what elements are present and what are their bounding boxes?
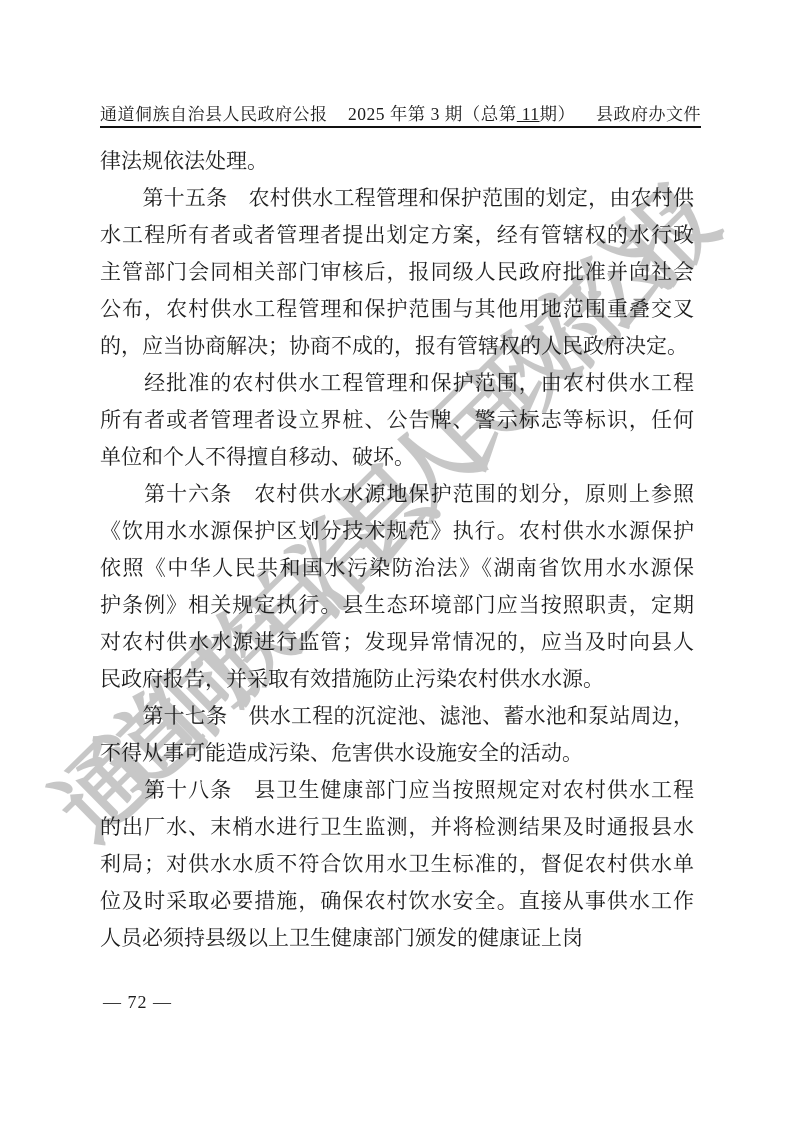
- header-issue-suffix: 期）: [540, 104, 576, 124]
- body-text-line: 第十八条 县卫生健康部门应当按照规定对农村供水工程: [100, 772, 694, 809]
- header-issue-prefix: 2025 年第 3 期（总第: [348, 104, 517, 124]
- document-body: 律法规依法处理。 第十五条 农村供水工程管理和保护范围的划定，由农村供水工程所有…: [100, 143, 694, 957]
- body-text-line: 依照《中华人民共和国水污染防治法》《湖南省饮用水水源保: [100, 550, 694, 587]
- header-gazette-title: 通道侗族自治县人民政府公报: [100, 100, 328, 125]
- body-text-line: 利局；对供水水质不符合饮用水卫生标准的，督促农村供水单: [100, 846, 694, 883]
- body-text-line: 所有者或者管理者设立界桩、公告牌、警示标志等标识，任何: [100, 402, 694, 439]
- body-text-line: 位及时采取必要措施，确保农村饮水安全。直接从事供水工作: [100, 883, 694, 920]
- body-text-line: 对农村供水水源进行监管；发现异常情况的，应当及时向县人: [100, 624, 694, 661]
- page-footer: — 72 —: [103, 992, 172, 1013]
- body-text-line: 律法规依法处理。: [100, 143, 694, 180]
- body-text-line: 的出厂水、末梢水进行卫生监测，并将检测结果及时通报县水: [100, 809, 694, 846]
- body-text-line: 护条例》相关规定执行。县生态环境部门应当按照职责，定期: [100, 587, 694, 624]
- body-text-line: 公布，农村供水工程管理和保护范围与其他用地范围重叠交叉: [100, 291, 694, 328]
- header-issue-info: 2025 年第 3 期（总第 11期）: [348, 101, 576, 126]
- header-issue-number: 11: [517, 104, 540, 124]
- body-text-line: 《饮用水水源保护区划分技术规范》执行。农村供水水源保护: [100, 513, 694, 550]
- body-text-line: 第十六条 农村供水水源地保护范围的划分，原则上参照: [100, 476, 694, 513]
- body-text-line: 人员必须持县级以上卫生健康部门颁发的健康证上岗: [100, 920, 694, 957]
- body-text-line: 主管部门会同相关部门审核后，报同级人民政府批准并向社会: [100, 254, 694, 291]
- header-rule: [100, 126, 701, 128]
- body-text-line: 第十五条 农村供水工程管理和保护范围的划定，由农村供: [100, 180, 694, 217]
- body-text-line: 水工程所有者或者管理者提出划定方案，经有管辖权的水行政: [100, 217, 694, 254]
- body-text-line: 不得从事可能造成污染、危害供水设施安全的活动。: [100, 735, 694, 772]
- gazette-page: 通道侗族自治县人民政府公报 通道侗族自治县人民政府公报 2025 年第 3 期（…: [0, 0, 793, 1122]
- body-text-line: 经批准的农村供水工程管理和保护范围，由农村供水工程: [100, 365, 694, 402]
- body-text-line: 第十七条 供水工程的沉淀池、滤池、蓄水池和泵站周边，: [100, 698, 694, 735]
- page-number: — 72 —: [103, 992, 172, 1012]
- body-text-line: 单位和个人不得擅自移动、破坏。: [100, 439, 694, 476]
- header-doc-category: 县政府办文件: [596, 100, 701, 125]
- body-text-line: 的，应当协商解决；协商不成的，报有管辖权的人民政府决定。: [100, 328, 694, 365]
- page-header: 通道侗族自治县人民政府公报 2025 年第 3 期（总第 11期） 县政府办文件: [100, 100, 701, 126]
- body-text-line: 民政府报告，并采取有效措施防止污染农村供水水源。: [100, 661, 694, 698]
